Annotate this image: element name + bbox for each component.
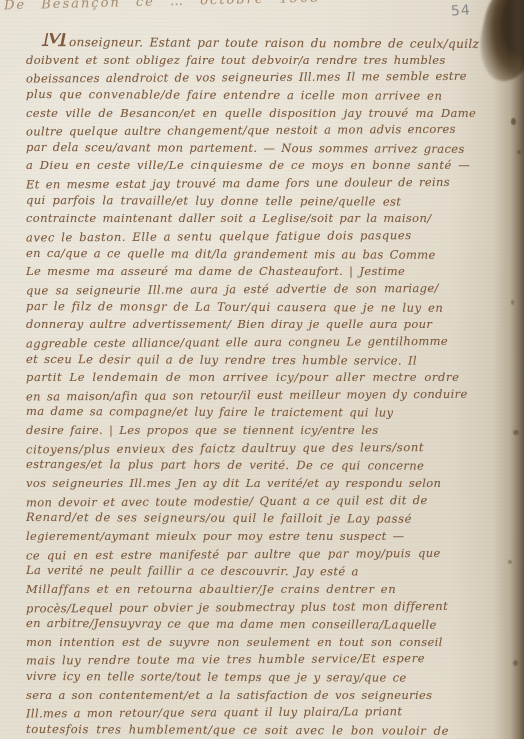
manuscript-line: plus que convenable/de faire entendre a …	[26, 86, 512, 106]
manuscript-line: sera a son contentement/et a la satisfac…	[26, 687, 512, 705]
manuscript-line: La verité ne peult faillir a ce descouvr…	[26, 562, 512, 582]
manuscript-line: Renard/et de ses seigneurs/ou quil le fa…	[26, 509, 512, 529]
manuscript-line: avec le baston. Elle a sentu quelque fat…	[26, 227, 512, 248]
ink-spot	[513, 660, 518, 666]
manuscript-line: oultre quelque aultre changement/que nes…	[26, 121, 512, 142]
manuscript-line: donneray aultre advertissement/ Bien dir…	[26, 316, 512, 334]
manuscript-line: contraincte maintenant daller soit a Leg…	[26, 210, 512, 228]
manuscript-line: Monseigneur. Estant par toute raison du …	[26, 33, 512, 53]
manuscript-line: legierement/aymant mieulx pour moy estre…	[26, 528, 512, 546]
manuscript-line: Millaffans et en retourna abaultier/Je c…	[26, 581, 512, 599]
manuscript-line: en ca/que a ce quelle ma dit/la grandeme…	[26, 245, 512, 265]
manuscript-page: De Besançon ce … octobre 1563 54 Monseig…	[0, 0, 524, 739]
ink-spot	[517, 150, 521, 154]
folio-number: 54	[450, 2, 471, 19]
manuscript-line: Le mesme ma asseuré ma dame de Chasteauf…	[26, 263, 512, 281]
manuscript-line: estranges/et la plus part hors de verité…	[26, 456, 512, 476]
manuscript-line: toutesfois tres humblement/que ce soit a…	[26, 721, 512, 739]
manuscript-line: doibvent et sont obligez faire tout debv…	[26, 52, 512, 70]
manuscript-line: vos seigneuries Ill.mes Jen ay dit La ve…	[26, 475, 512, 493]
manuscript-line: partit Le lendemain de mon arrivee icy/p…	[26, 369, 512, 387]
manuscript-line: par dela sceu/avant mon partement. — Nou…	[26, 139, 512, 159]
manuscript-line: ma dame sa compagne/et luy faire le trai…	[26, 403, 512, 423]
manuscript-line: aggreable ceste alliance/quant elle aura…	[26, 332, 512, 353]
manuscript-line: et sceu Le desir quil a de luy rendre tr…	[26, 350, 512, 370]
manuscript-text-block: Monseigneur. Estant par toute raison du …	[26, 34, 512, 739]
manuscript-line: mon intention est de suyvre non seulemen…	[26, 634, 512, 652]
manuscript-line: a Dieu en ceste ville/Le cinquiesme de c…	[26, 157, 512, 175]
binding-edge-shadow	[510, 0, 524, 739]
manuscript-line: qui parfois la travaille/et luy donne te…	[26, 192, 512, 212]
manuscript-line: en arbitre/Jensuyvray ce que ma dame men…	[26, 615, 512, 635]
manuscript-line: desire faire. | Les propos que se tienne…	[26, 422, 512, 440]
manuscript-line: ceste ville de Besancon/et en quelle dis…	[26, 105, 512, 123]
manuscript-line: par le filz de monsgr de La Tour/qui cau…	[26, 298, 512, 318]
manuscript-line: vivre icy en telle sorte/tout le temps q…	[26, 668, 512, 688]
ink-spot	[513, 430, 519, 435]
manuscript-line: Et en mesme estat jay trouvé ma dame for…	[26, 174, 512, 195]
manuscript-line: que sa seigneurie Ill.me aura ja esté ad…	[26, 279, 512, 300]
